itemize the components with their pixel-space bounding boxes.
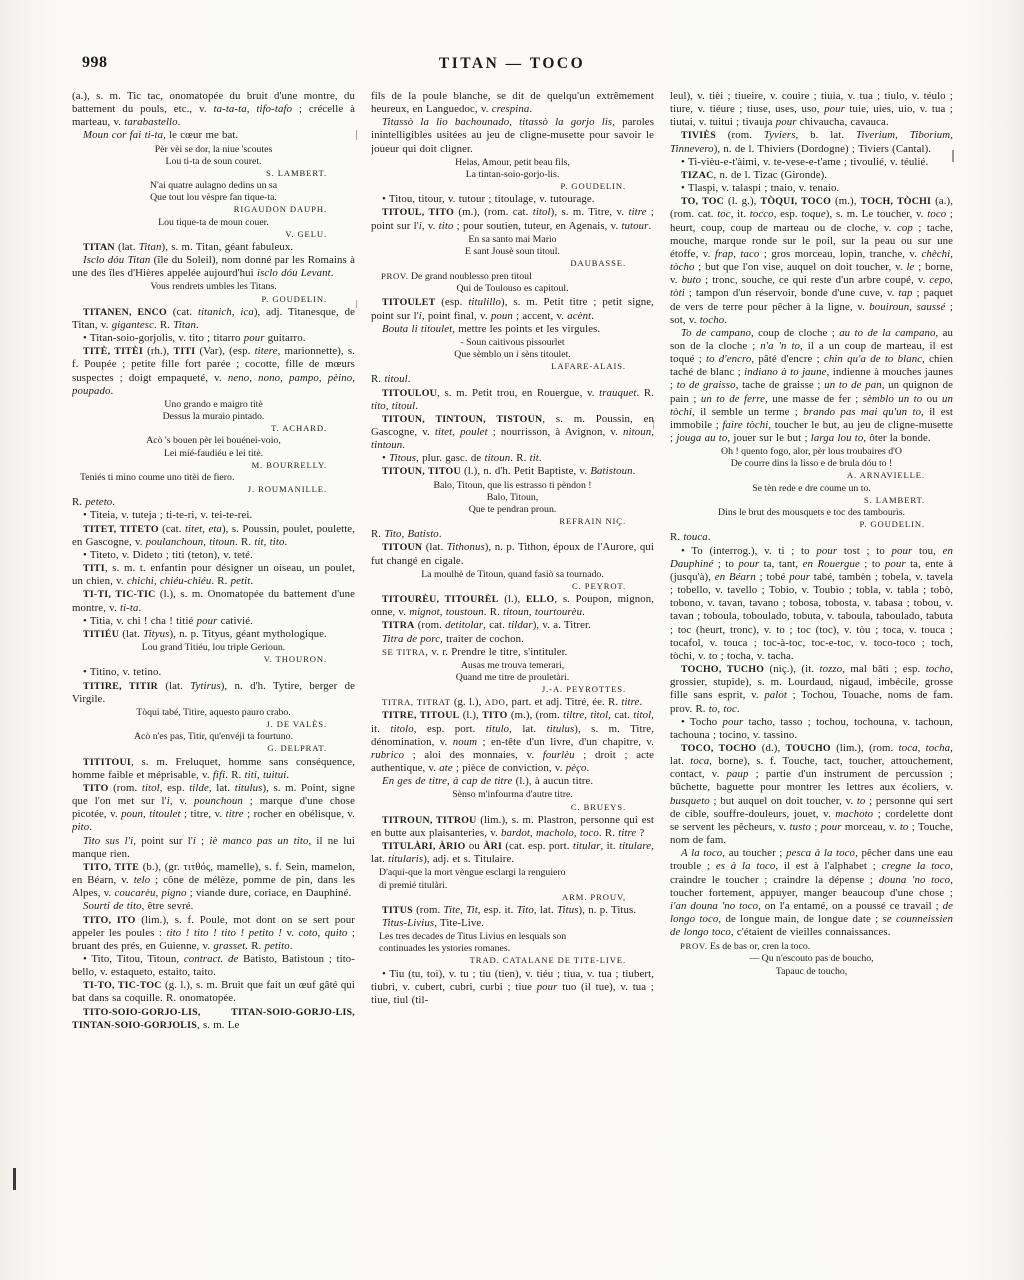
entry-paragraph: • Titan-soio-gorjolis, v. tito ; titarro… (72, 332, 355, 345)
verse-quote: Uno grando e maigro titèDessus la muraio… (72, 399, 355, 423)
entry-paragraph: TITRE, TITOUL (l.), TITO (m.), (rom. til… (371, 709, 654, 775)
entry-paragraph: TIVIÈS (rom. Tyviers, b. lat. Tiverium, … (670, 129, 953, 155)
entry-paragraph: R. peteto. (72, 496, 355, 509)
verse-quote: Lou tique-ta de moun couer. (72, 217, 355, 229)
attribution: V. THOURON. (72, 654, 355, 665)
example-paragraph: Tito sus l'i, point sur l'i ; iè manco p… (72, 835, 355, 861)
proverb: PROV. De grand noublesso pren titoulQui … (371, 270, 654, 295)
attribution: J.-A. PEYROTTES. (371, 684, 654, 695)
entry-paragraph: TITROUN, TITROU (lim.), s. m. Plastron, … (371, 814, 654, 840)
scan-artifact (356, 130, 357, 140)
example-paragraph: En ges de titre, à cap de titre (l.), à … (371, 775, 654, 788)
entry-paragraph: TITOUN, TITOU (l.), n. d'h. Petit Baptis… (371, 465, 654, 478)
entry-paragraph: SE TITRA, v. r. Prendre le titre, s'inti… (371, 646, 654, 659)
entry-paragraph: (a.), s. m. Tic tac, onomatopée du bruit… (72, 90, 355, 129)
verse-quote: N'ai quatre aulagno dedins un saQue tout… (72, 180, 355, 204)
entry-paragraph: TITET, TITETO (cat. titet, eta), s. Pous… (72, 523, 355, 549)
verse-quote: Balo, Titoun, que lis estrasso ti pèndon… (371, 480, 654, 516)
example-paragraph: Titus-Livius, Tite-Live. (371, 917, 654, 930)
entry-paragraph: • Tito, Titou, Titoun, contract. de Bati… (72, 953, 355, 979)
proverb: PROV. Es de bas or, cren la toco.— Qu n'… (670, 940, 953, 977)
attribution: ARM. PROUV, (371, 892, 654, 903)
entry-paragraph: R. Tito, Batisto. (371, 528, 654, 541)
example-paragraph: Sourti de tito, être sevré. (72, 900, 355, 913)
attribution: RIGAUDON DAUPH. (72, 204, 355, 215)
entry-paragraph: TITOUL, TITO (m.), (rom. cat. titol), s.… (371, 206, 654, 232)
attribution: P. GOUDELIN. (670, 519, 953, 530)
entry-paragraph: TITOUN (lat. Tithonus), n. p. Tithon, ép… (371, 541, 654, 567)
verse-quote: Se tèn rede e dre coume un to. (670, 483, 953, 495)
attribution: DAUBASSE. (371, 258, 654, 269)
entry-paragraph: TITOULOU, s. m. Petit trou, en Rouergue,… (371, 387, 654, 413)
attribution: S. LAMBERT. (670, 495, 953, 506)
example-paragraph: Moun cor fai ti-ta, le cœur me bat. (72, 129, 355, 142)
entry-paragraph: TITOULET (esp. titulillo), s. m. Petit t… (371, 296, 654, 322)
entry-paragraph: TITULÀRI, ÀRIO ou ÀRI (cat. esp. port. t… (371, 840, 654, 866)
entry-paragraph: TITUS (rom. Tite, Tit, esp. it. Tito, la… (371, 904, 654, 917)
entry-paragraph: leul), v. tièi ; tiueire, v. couire ; ti… (670, 90, 953, 129)
verse-quote: Acò n'es pas, Titir, qu'envéji ta fourtu… (72, 731, 355, 743)
entry-paragraph: TITO (rom. titol, esp. tilde, lat. titul… (72, 782, 355, 835)
scan-artifact (356, 300, 357, 308)
entry-paragraph: TIZAC, n. de l. Tizac (Gironde). (670, 169, 953, 182)
verse-quote: Lou grand Titiéu, lou triple Gerioun. (72, 642, 355, 654)
attribution: S. LAMBERT. (72, 168, 355, 179)
page-header: 998 TITAN — TOCO (0, 54, 1024, 82)
entry-paragraph: • Ti-vièu-e-t'àimi, v. te-vese-e-t'ame ;… (670, 156, 953, 169)
scan-artifact (653, 420, 654, 429)
attribution: V. GELU. (72, 229, 355, 240)
attribution: C. BRUEYS. (371, 802, 654, 813)
entry-paragraph: TITOURÈU, TITOURÈL (l.), ELLO, s. Poupon… (371, 593, 654, 619)
verse-quote: - Soun caitivous pissourletQue sèmblo un… (371, 337, 654, 361)
entry-paragraph: TI-TO, TIC-TOC (g. l.), s. m. Bruit que … (72, 979, 355, 1005)
attribution: LAFARE-ALAIS. (371, 361, 654, 372)
dictionary-page: 998 TITAN — TOCO (a.), s. m. Tic tac, on… (0, 0, 1024, 1280)
entry-paragraph: • Tiu (tu, toi), v. tu ; tiu (tien), v. … (371, 968, 654, 1007)
verse-quote: Dins le brut des mousquets e toc des tam… (670, 507, 953, 519)
entry-paragraph: TITO, TITE (b.), (gr. τιτθός, mamelle), … (72, 861, 355, 900)
entry-paragraph: R. touca. (670, 531, 953, 544)
entry-paragraph: TITOUN, TINTOUN, TISTOUN, s. m. Poussin,… (371, 413, 654, 452)
entry-paragraph: • Titino, v. tetino. (72, 666, 355, 679)
column-1: (a.), s. m. Tic tac, onomatopée du bruit… (72, 90, 355, 1205)
entry-paragraph: R. titoul. (371, 373, 654, 386)
attribution: M. BOURRELLY. (72, 460, 355, 471)
entry-paragraph: fils de la poule blanche, se dit de quel… (371, 90, 654, 116)
entry-paragraph: TO, TOC (l. g.), TÒQUI, TOCO (m.), TOCH,… (670, 195, 953, 327)
attribution: A. ARNAVIELLE. (670, 470, 953, 481)
entry-paragraph: Isclo dóu Titan (île du Soleil), nom don… (72, 254, 355, 280)
entry-paragraph: TITRA, TITRAT (g. l.), ADO, part. et adj… (371, 696, 654, 709)
entry-paragraph: TITIRE, TITIR (lat. Tytirus), n. d'h. Ty… (72, 680, 355, 706)
entry-paragraph: TITRA (rom. detitolar, cat. tildar), v. … (371, 619, 654, 632)
entry-paragraph: TOCO, TOCHO (d.), TOUCHO (lim.), (rom. t… (670, 742, 953, 847)
attribution: P. GOUDELIN. (371, 181, 654, 192)
example-paragraph: To de campano, coup de cloche ; au to de… (670, 327, 953, 445)
entry-paragraph: TITAN (lat. Titan), s. m. Titan, géant f… (72, 241, 355, 254)
attribution: P. GOUDELIN. (72, 294, 355, 305)
entry-paragraph: TI-TI, TIC-TIC (l.), s. m. Onomatopée du… (72, 588, 355, 614)
verse-quote: Oh ! quento fogo, alor, pèr lous troubai… (670, 446, 953, 470)
verse-quote: En sa santo mai MarìoE sant Jousè soun t… (371, 234, 654, 258)
entry-paragraph: TITO-SOIO-GORJO-LIS, TITAN-SOIO-GORJO-LI… (72, 1006, 355, 1032)
text-columns: (a.), s. m. Tic tac, onomatopée du bruit… (72, 90, 954, 1205)
entry-paragraph: TITITOUI, s. m. Freluquet, homme sans co… (72, 756, 355, 782)
attribution: REFRAIN NIÇ. (371, 516, 654, 527)
verse-quote: Helas, Amour, petit beau fils,La tintan-… (371, 157, 654, 181)
verse-quote: Pèr vèi se dor, la niue 'scoutesLou ti-t… (72, 144, 355, 168)
scan-artifact (952, 150, 954, 162)
entry-paragraph: • Titia, v. chi ! cha ! titié pour cativ… (72, 615, 355, 628)
example-paragraph: A la toco, au toucher ; pesca à la toco,… (670, 847, 953, 939)
entry-paragraph: • Tocho pour tacho, tasso ; tochou, toch… (670, 716, 953, 742)
attribution: C. PEYROT. (371, 581, 654, 592)
attribution: TRAD. CATALANE DE TITE-LIVE. (371, 955, 654, 966)
entry-paragraph: • To (interrog.), v. ti ; to pour tost ;… (670, 545, 953, 663)
column-2: fils de la poule blanche, se dit de quel… (371, 90, 654, 1205)
attribution: T. ACHARD. (72, 423, 355, 434)
example-paragraph: Titassò la lio bachounado, titassò la go… (371, 116, 654, 155)
attribution: G. DELPRAT. (72, 743, 355, 754)
citation: Teniés ti mino coume uno titèi de fiero. (80, 472, 355, 484)
entry-paragraph: • Titeto, v. Dideto ; titi (teton), v. t… (72, 549, 355, 562)
attribution: J. ROUMANILLE. (72, 484, 355, 495)
example-paragraph: Titra de porc, traiter de cochon. (371, 633, 654, 646)
entry-paragraph: • Titeia, v. tuteja ; ti-te-ri, v. tei-t… (72, 509, 355, 522)
column-3: leul), v. tièi ; tiueire, v. couire ; ti… (670, 90, 953, 1205)
entry-paragraph: TITIÉU (lat. Tityus), n. p. Tityus, géan… (72, 628, 355, 641)
entry-paragraph: TITO, ITO (lim.), s. f. Poule, mot dont … (72, 914, 355, 953)
scan-artifact (13, 1168, 16, 1190)
entry-paragraph: • Tlaspi, v. talaspi ; tnaio, v. tenaio. (670, 182, 953, 195)
citation: Les tres decades de Titus Livius en lesq… (379, 931, 654, 955)
verse-quote: Vous rendrets umbles les Titans. (72, 281, 355, 293)
entry-paragraph: TITI, s. m. t. enfantin pour désigner un… (72, 562, 355, 588)
example-paragraph: Bouta li titoulet, mettre les points et … (371, 323, 654, 336)
verse-quote: Tòqui tabé, Titire, aquesto pauro crabo. (72, 707, 355, 719)
entry-paragraph: TITANEN, ENCO (cat. titanich, ica), adj.… (72, 306, 355, 332)
attribution: J. DE VALÈS. (72, 719, 355, 730)
verse-quote: Sènso m'infourma d'autre titre. (371, 789, 654, 801)
entry-paragraph: TITÈ, TITÈI (rh.), TITI (Var), (esp. tit… (72, 345, 355, 398)
entry-paragraph: • Titou, titour, v. tutour ; titoulage, … (371, 193, 654, 206)
entry-paragraph: • Titous, plur. gasc. de titoun. R. tit. (371, 452, 654, 465)
entry-paragraph: TOCHO, TUCHO (niç.), (it. tozzo, mal bât… (670, 663, 953, 716)
verse-quote: Ausas me trouva temerari,Quand me titre … (371, 660, 654, 684)
verse-quote: Acò 's bouen pèr lei bouénei-voio,Lei mi… (72, 435, 355, 459)
verse-quote: La moulhè de Titoun, quand fasiò sa tour… (371, 569, 654, 581)
running-title: TITAN — TOCO (0, 55, 1024, 73)
citation: D'aqui-que la mort vèngue esclargi la re… (379, 867, 654, 891)
